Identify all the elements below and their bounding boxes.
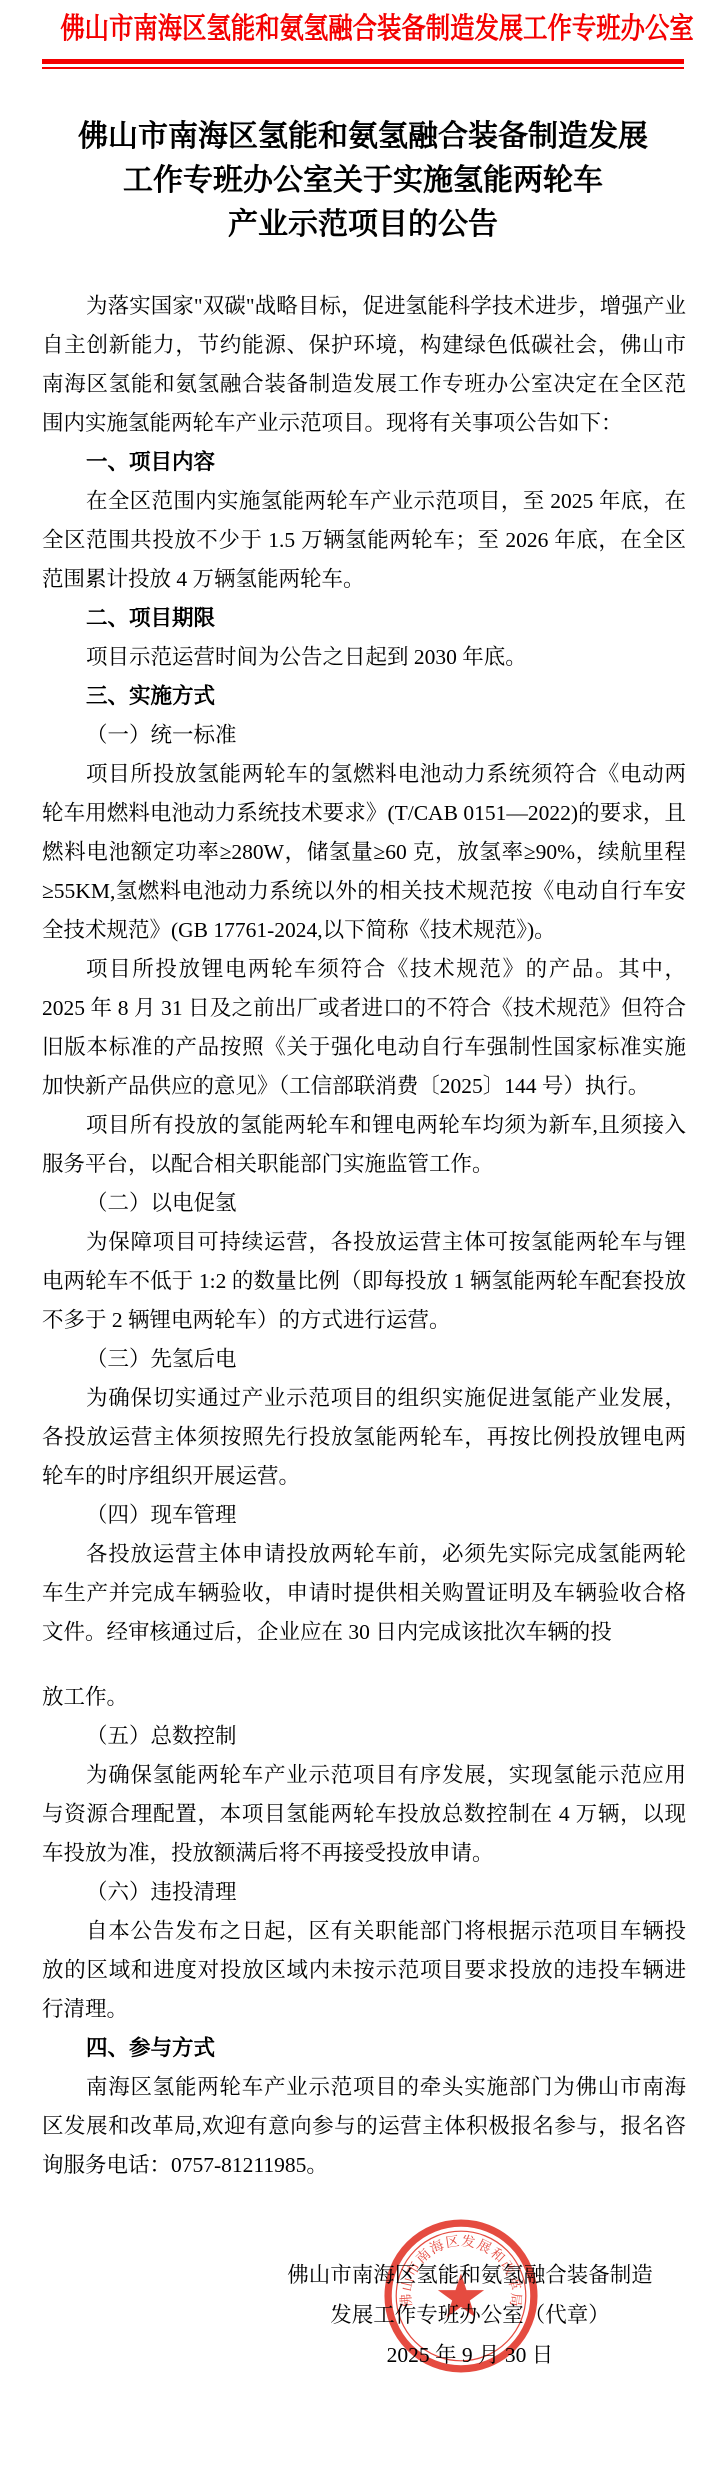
paragraph-intro: 为落实国家"双碳"战略目标，促进氢能科学技术进步，增强产业自主创新能力，节约能源… (42, 287, 686, 443)
signature-org-line-2: 发展工作专班办公室（代章） (250, 2295, 690, 2335)
divider-thick-line (42, 59, 684, 64)
signature-date: 2025 年 9 月 30 日 (250, 2335, 690, 2375)
paragraph-sequence: 为确保切实通过产业示范项目的组织实施促进氢能产业发展，各投放运营主体须按照先行投… (42, 1379, 686, 1496)
divider-thin-line (42, 67, 684, 69)
paragraph-cleanup: 自本公告发布之日起，区有关职能部门将根据示范项目车辆投放的区域和进度对投放区域内… (42, 1912, 686, 2029)
signature-block: 佛山市南海区氢能和氨氢融合装备制造 发展工作专班办公室（代章） 2025 年 9… (250, 2255, 690, 2375)
letterhead-divider (42, 59, 684, 69)
subsection-heading-5: （五）总数控制 (42, 1717, 686, 1756)
letterhead-org-text: 佛山市南海区氢能和氨氢融合装备制造发展工作专班办公室 (60, 6, 693, 47)
document-title-line-2: 工作专班办公室关于实施氢能两轮车 (30, 159, 696, 203)
section-heading-3: 三、实施方式 (42, 677, 686, 716)
paragraph-ratio: 为保障项目可持续运营，各投放运营主体可按氢能两轮车与锂电两轮车不低于 1:2 的… (42, 1223, 686, 1340)
subsection-heading-3: （三）先氢后电 (42, 1340, 686, 1379)
paragraph-vehicle-check-continuation: 放工作。 (42, 1678, 686, 1717)
document-body: 为落实国家"双碳"战略目标，促进氢能科学技术进步，增强产业自主创新能力，节约能源… (42, 287, 686, 2185)
letterhead-org-name: 佛山市南海区氢能和氨氢融合装备制造发展工作专班办公室 (0, 0, 726, 47)
paragraph-project-content: 在全区范围内实施氢能两轮车产业示范项目，至 2025 年底，在全区范围共投放不少… (42, 482, 686, 599)
document-title: 佛山市南海区氢能和氨氢融合装备制造发展 工作专班办公室关于实施氢能两轮车 产业示… (30, 115, 696, 247)
section-heading-2: 二、项目期限 (42, 599, 686, 638)
document-title-line-3: 产业示范项目的公告 (30, 203, 696, 247)
paragraph-standard-2: 项目所投放锂电两轮车须符合《技术规范》的产品。其中，2025 年 8 月 31 … (42, 950, 686, 1106)
section-heading-4: 四、参与方式 (42, 2029, 686, 2068)
signature-org-line-1: 佛山市南海区氢能和氨氢融合装备制造 (250, 2255, 690, 2295)
section-heading-1: 一、项目内容 (42, 443, 686, 482)
subsection-heading-6: （六）违投清理 (42, 1873, 686, 1912)
paragraph-standard-1: 项目所投放氢能两轮车的氢燃料电池动力系统须符合《电动两轮车用燃料电池动力系统技术… (42, 755, 686, 950)
paragraph-vehicle-check: 各投放运营主体申请投放两轮车前，必须先实际完成氢能两轮车生产并完成车辆验收，申请… (42, 1535, 686, 1652)
paragraph-total-control: 为确保氢能两轮车产业示范项目有序发展，实现氢能示范应用与资源合理配置，本项目氢能… (42, 1756, 686, 1873)
paragraph-project-term: 项目示范运营时间为公告之日起到 2030 年底。 (42, 638, 686, 677)
subsection-heading-2: （二）以电促氢 (42, 1184, 686, 1223)
subsection-heading-4: （四）现车管理 (42, 1496, 686, 1535)
announcement-document: 佛山市南海区氢能和氨氢融合装备制造发展工作专班办公室 佛山市南海区氢能和氨氢融合… (0, 0, 726, 2475)
subsection-heading-1: （一）统一标准 (42, 716, 686, 755)
paragraph-participation: 南海区氢能两轮车产业示范项目的牵头实施部门为佛山市南海区发展和改革局,欢迎有意向… (42, 2068, 686, 2185)
paragraph-standard-3: 项目所有投放的氢能两轮车和锂电两轮车均须为新车,且须接入服务平台，以配合相关职能… (42, 1106, 686, 1184)
document-title-line-1: 佛山市南海区氢能和氨氢融合装备制造发展 (30, 115, 696, 159)
letterhead: 佛山市南海区氢能和氨氢融合装备制造发展工作专班办公室 (0, 0, 726, 69)
